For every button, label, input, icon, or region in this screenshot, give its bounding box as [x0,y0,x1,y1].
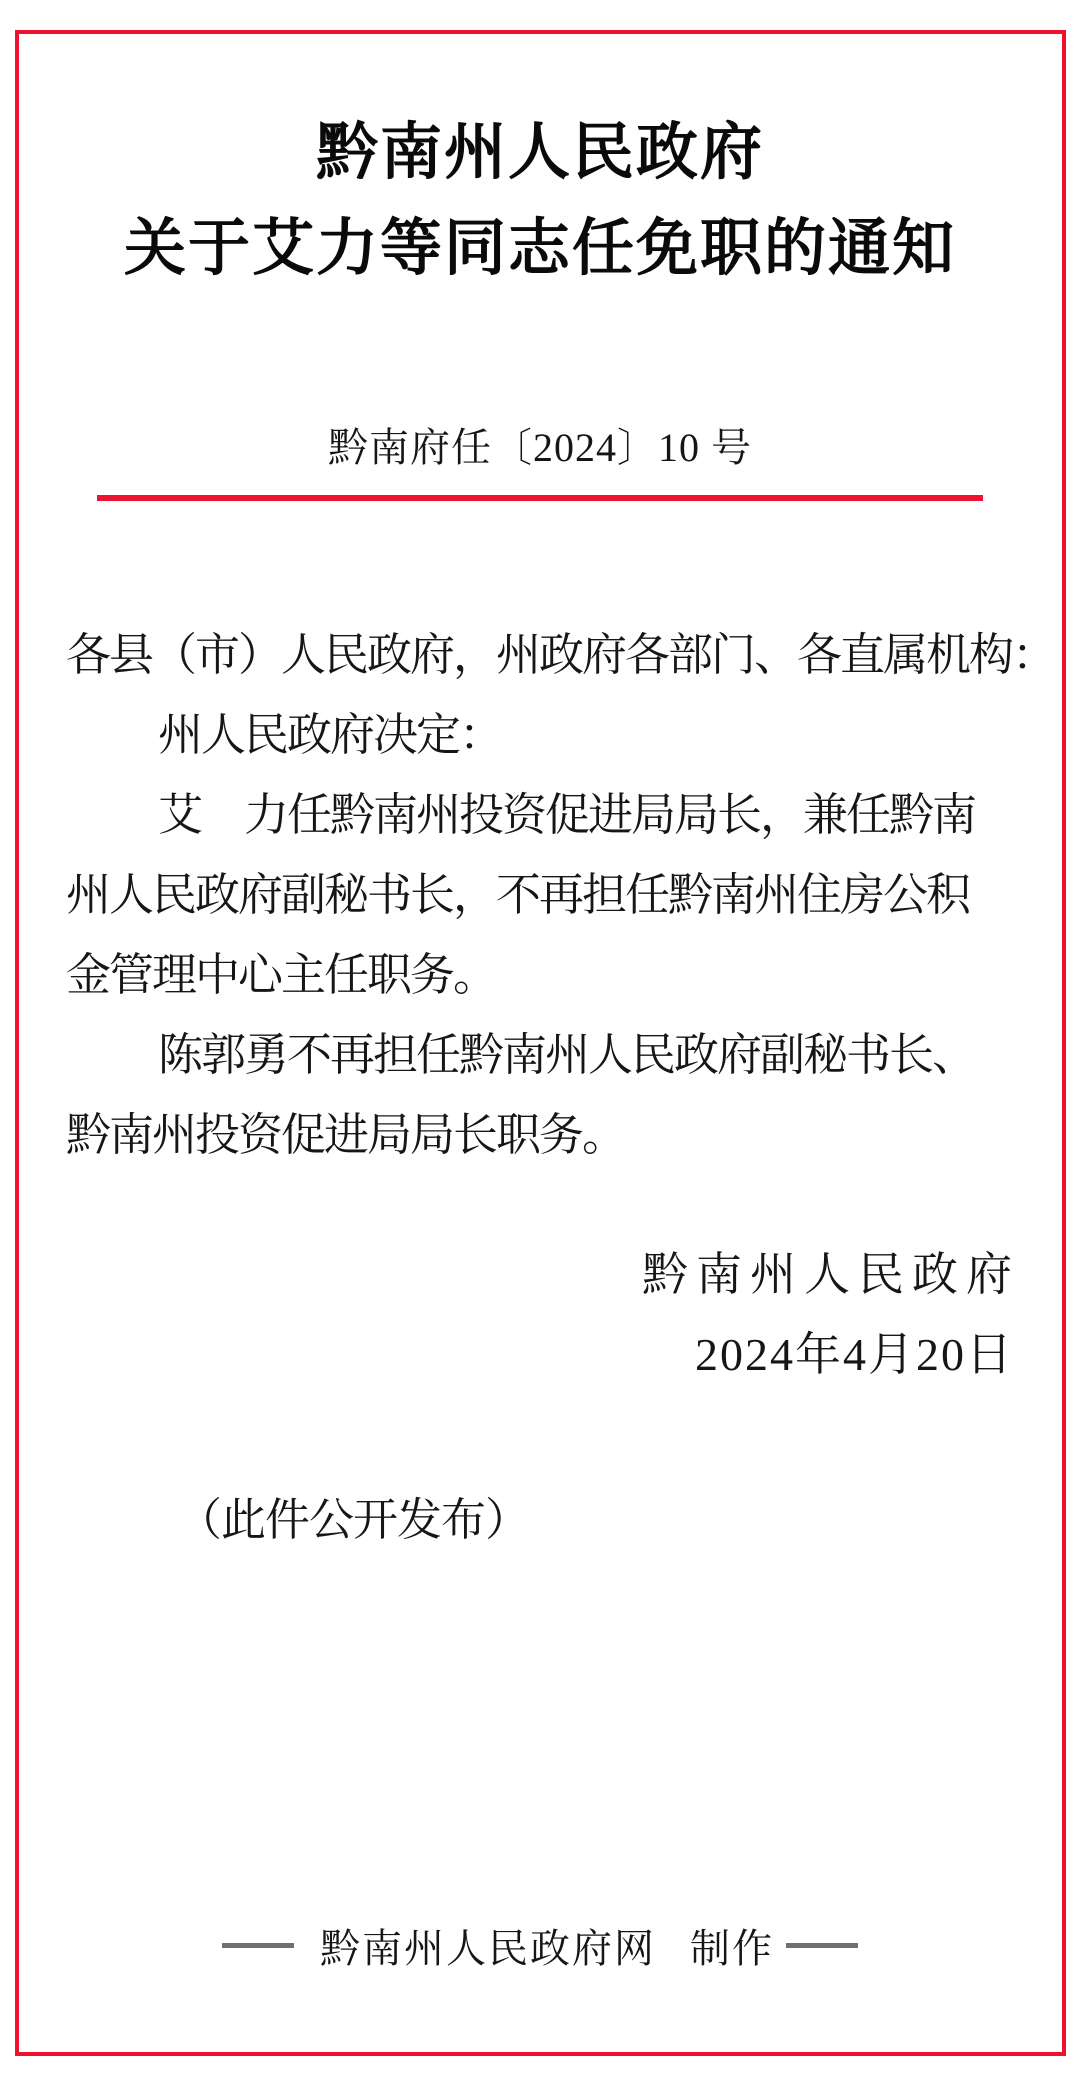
body-line-addressees: 各县（市）人民政府，州政府各部门、各直属机构： [66,615,1014,695]
public-release-note: （此件公开发布） [177,1485,529,1555]
footer-right-dash [786,1943,858,1948]
footer-site-name: 黔南州人民政府网 [320,1926,656,1971]
footer-left-dash [222,1943,294,1948]
signature-issuer: 黔南州人民政府 [642,1240,1020,1310]
title-line-issuer: 黔南州人民政府 [0,105,1080,201]
body-line-appointment-2: 州人民政府副秘书长，不再担任黔南州住房公积 [66,855,1014,935]
body-line-appointment-1: 艾 力任黔南州投资促进局局长，兼任黔南 [66,775,1014,855]
document-body: 各县（市）人民政府，州政府各部门、各直属机构： 州人民政府决定： 艾 力任黔南州… [66,615,1014,1175]
body-line-appointment-3: 金管理中心主任职务。 [66,935,1014,1015]
signature-date: 2024年4月20日 [695,1320,1014,1390]
body-line-decision: 州人民政府决定： [66,695,1014,775]
footer-credit: 黔南州人民政府网制作 [0,1910,1080,1980]
body-line-removal-1: 陈郭勇不再担任黔南州人民政府副秘书长、 [66,1015,1014,1095]
footer-maker-label: 制作 [690,1926,774,1971]
body-line-removal-2: 黔南州投资促进局局长职务。 [66,1095,1014,1175]
document-number: 黔南府任〔2024〕10 号 [0,420,1080,476]
document-title: 黔南州人民政府 关于艾力等同志任免职的通知 [0,105,1080,297]
title-line-subject: 关于艾力等同志任免职的通知 [0,201,1080,297]
footer-text: 黔南州人民政府网制作 [320,1917,782,1974]
red-divider-rule [97,495,983,501]
